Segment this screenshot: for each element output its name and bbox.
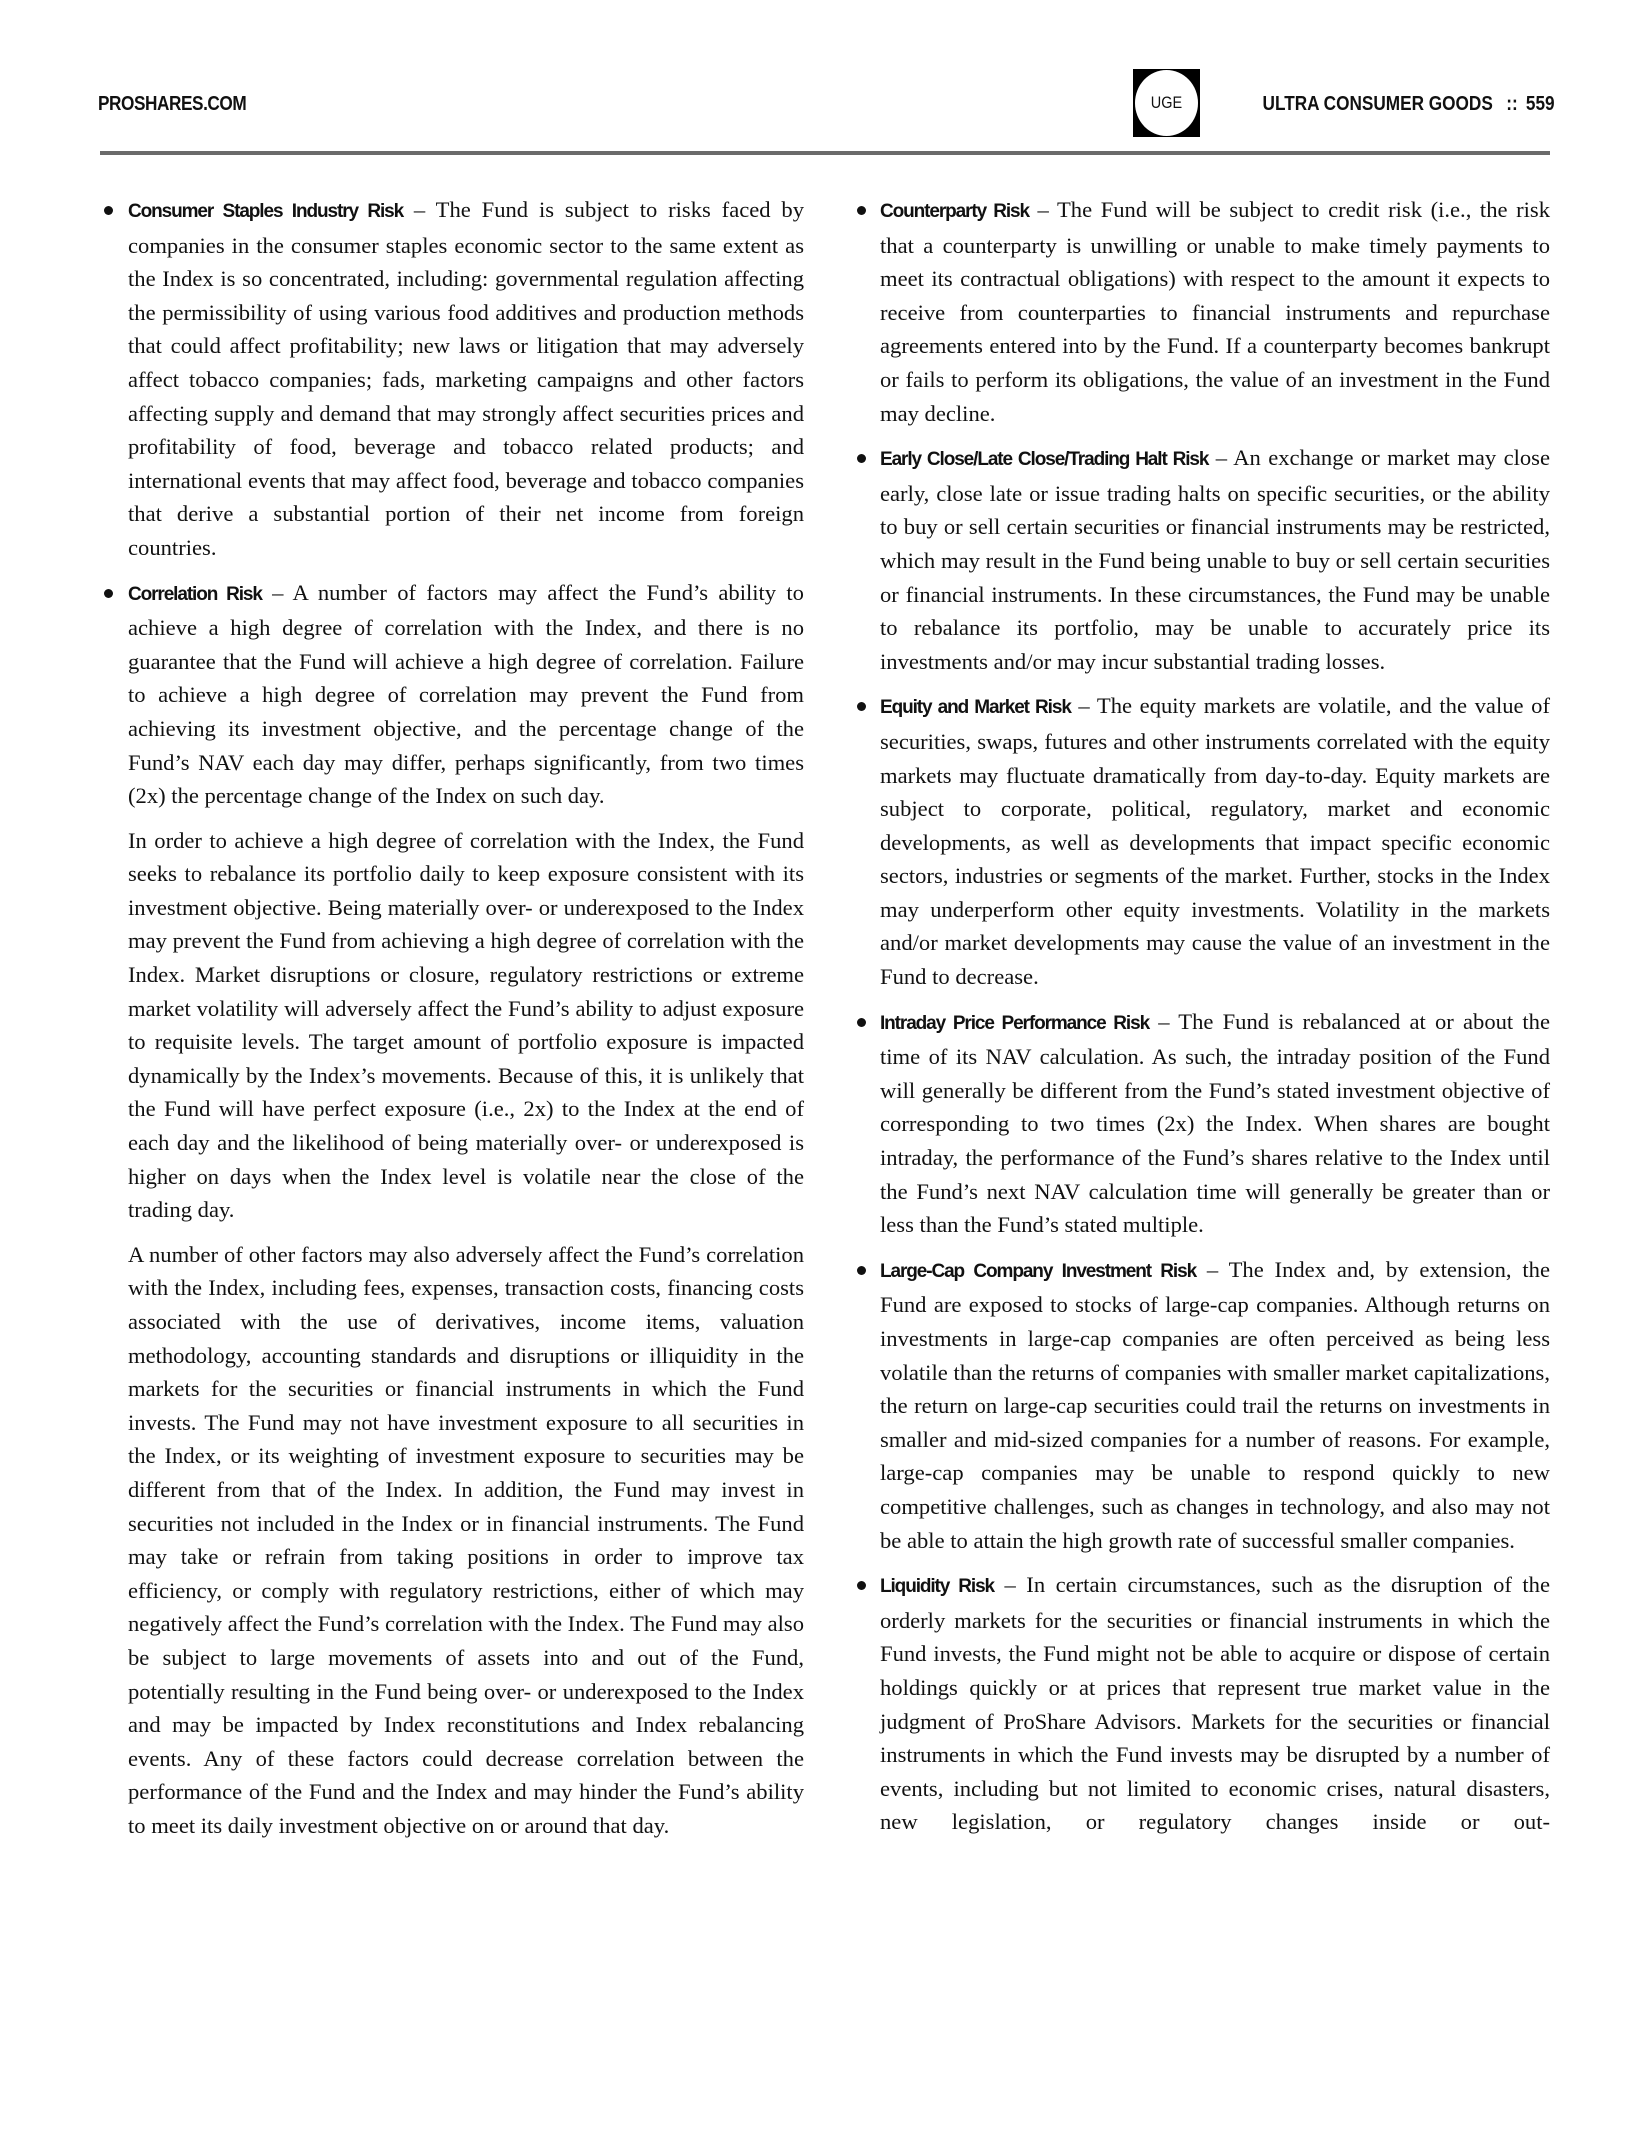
risk-term: Intraday Price Performance Risk [880, 1013, 1149, 1034]
risk-item-counterparty: Counterparty Risk – The Fund will be sub… [880, 193, 1550, 430]
risk-item-trading-halt: Early Close/Late Close/Trading Halt Risk… [880, 441, 1550, 678]
bullet-icon [857, 1581, 866, 1590]
em-dash: – [1196, 1257, 1229, 1282]
risk-item-liquidity: Liquidity Risk – In certain circumstance… [880, 1568, 1550, 1839]
risk-term: Counterparty Risk [880, 201, 1029, 222]
risk-description: In certain circumstances, such as the di… [880, 1572, 1550, 1834]
header-divider [100, 151, 1550, 155]
risk-description: The Fund is subject to risks faced by co… [128, 197, 804, 560]
risk-term: Equity and Market Risk [880, 697, 1071, 718]
em-dash: – [1029, 197, 1057, 222]
em-dash: – [1149, 1009, 1178, 1034]
bullet-icon [857, 702, 866, 711]
right-column: Counterparty Risk – The Fund will be sub… [880, 193, 1550, 1850]
bullet-icon [857, 206, 866, 215]
risk-item-correlation: Correlation Risk – A number of factors m… [128, 576, 804, 813]
correlation-paragraph-2: A number of other factors may also adver… [128, 1238, 804, 1843]
bullet-icon [857, 1018, 866, 1027]
running-header: ULTRA CONSUMER GOODS :: 559 [1215, 93, 1550, 116]
em-dash: – [1208, 445, 1233, 470]
bullet-icon [104, 589, 113, 598]
page-number: 559 [1526, 93, 1555, 115]
risk-description: The Index and, by extension, the Fund ar… [880, 1257, 1550, 1553]
risk-description: The Fund will be subject to credit risk … [880, 197, 1550, 426]
risk-item-consumer-staples: Consumer Staples Industry Risk – The Fun… [128, 193, 804, 565]
bullet-icon [104, 206, 113, 215]
left-column: Consumer Staples Industry Risk – The Fun… [128, 193, 804, 1854]
fund-title: ULTRA CONSUMER GOODS [1263, 93, 1493, 115]
fund-ticker-badge: UGE [1133, 69, 1200, 137]
risk-term: Liquidity Risk [880, 1576, 994, 1597]
risk-term: Early Close/Late Close/Trading Halt Risk [880, 449, 1208, 470]
em-dash: – [1071, 693, 1097, 718]
site-name: PROSHARES.COM [98, 93, 246, 116]
bullet-icon [857, 1266, 866, 1275]
risk-item-equity-market: Equity and Market Risk – The equity mark… [880, 689, 1550, 993]
risk-term: Large-Cap Company Investment Risk [880, 1261, 1196, 1282]
risk-description: The Fund is rebalanced at or about the t… [880, 1009, 1550, 1238]
ticker-label: UGE [1151, 93, 1182, 113]
bullet-icon [857, 454, 866, 463]
ticker-circle-icon: UGE [1135, 70, 1198, 136]
title-separator: :: [1506, 93, 1517, 115]
risk-item-intraday-price: Intraday Price Performance Risk – The Fu… [880, 1005, 1550, 1242]
risk-description: An exchange or market may close early, c… [880, 445, 1550, 674]
risk-item-large-cap: Large-Cap Company Investment Risk – The … [880, 1253, 1550, 1557]
em-dash: – [403, 197, 436, 222]
risk-description: A number of factors may affect the Fund’… [128, 580, 804, 809]
em-dash: – [994, 1572, 1026, 1597]
risk-term: Consumer Staples Industry Risk [128, 201, 403, 222]
em-dash: – [262, 580, 293, 605]
correlation-paragraph-1: In order to achieve a high degree of cor… [128, 824, 804, 1227]
risk-description: The equity markets are volatile, and the… [880, 693, 1550, 989]
risk-term: Correlation Risk [128, 584, 262, 605]
